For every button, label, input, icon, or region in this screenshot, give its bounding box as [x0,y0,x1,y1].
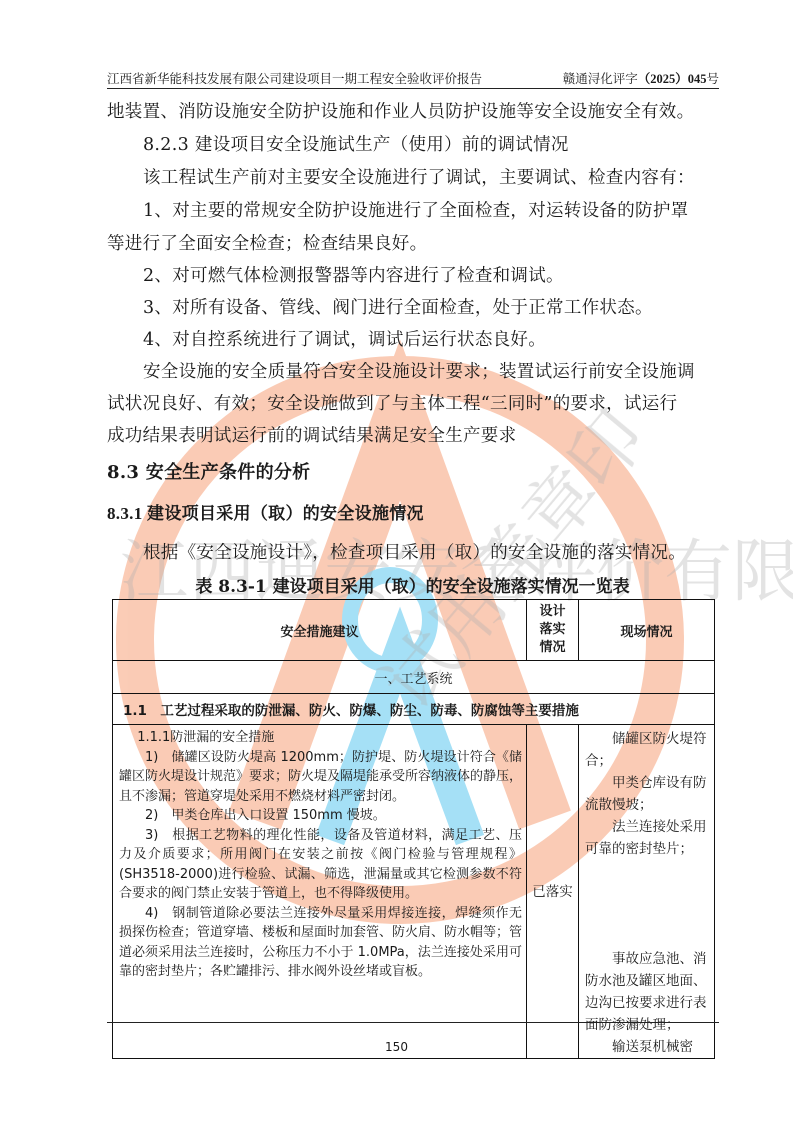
body-line: 根据《安全设施设计》，检查项目采用（取）的安全设施的落实情况。 [143,541,719,565]
body-line: 该工程试生产前对主要安全设施进行了调试，主要调试、检查内容有： [143,166,719,190]
table-section-row: 一、工艺系统 [113,661,715,694]
list-item-3: 3、对所有设备、管线、阀门进行全面检查，处于正常工作状态。 [143,296,719,320]
design-status-cell: 已落实 [527,725,579,1059]
body-line: 地装置、消防设施安全防护设施和作业人员防护设施等安全设施安全有效。 [107,100,719,124]
section-heading-8-3: 8.3 安全生产条件的分析 [107,461,719,485]
header-report-number: 赣通浔化评字（2025）045号 [563,70,719,88]
list-item-4: 4、对自控系统进行了调试，调试后运行状态良好。 [143,328,719,352]
list-item-2: 2、对可燃气体检测报警器等内容进行了检查和调试。 [143,264,719,288]
header-report-title: 江西省新华能科技发展有限公司建设项目一期工程安全验收评价报告 [107,70,482,88]
document-page: 江西省新华能科技发展有限公司建设项目一期工程安全验收评价报告 赣通浔化评字（20… [0,0,793,1122]
site-status-cell: 储罐区防火堤符合； 甲类仓库设有防流散慢坡； 法兰连接处采用可靠的密封垫片； 事… [579,725,715,1059]
table-caption: 表 8.3-1 建设项目采用（取）的安全设施落实情况一览表 [112,576,713,598]
section-heading-8-3-1: 8.3.1 建设项目采用（取）的安全设施情况 [107,502,719,526]
column-header-measure: 安全措施建议 [113,600,527,661]
page-header: 江西省新华能科技发展有限公司建设项目一期工程安全验收评价报告 赣通浔化评字（20… [107,70,719,89]
list-item-1: 1、对主要的常规安全防护设施进行了全面检查，对运转设备的防护罩 [143,199,719,223]
measure-cell: 1.1.1防泄漏的安全措施 1) 储罐区设防火堤高 1200mm；防护堤、防火堤… [113,725,527,1059]
page-number: 150 [0,1040,793,1054]
table-header-row: 安全措施建议 设计 落实 情况 现场情况 [113,600,715,661]
summary-line: 成功结果表明试运行前的调试结果满足安全生产要求 [107,424,719,448]
table-subsection-row: 1.1 工艺过程采取的防泄漏、防火、防爆、防尘、防毒、防腐蚀等主要措施 [113,694,715,725]
column-header-site: 现场情况 [579,600,715,661]
section-heading-8-2-3: 8.2.3 建设项目安全设施试生产（使用）前的调试情况 [143,133,719,157]
list-item-1-cont: 等进行了全面安全检查；检查结果良好。 [107,232,719,256]
column-header-design-status: 设计 落实 情况 [527,600,579,661]
summary-line: 安全设施的安全质量符合安全设施设计要求；装置试运行前安全设施调 [143,360,719,384]
section-process-system: 一、工艺系统 [113,661,715,694]
footer-divider [107,1022,719,1023]
subsection-1-1: 1.1 工艺过程采取的防泄漏、防火、防爆、防尘、防毒、防腐蚀等主要措施 [113,694,715,725]
summary-line: 试状况良好、有效；安全设施做到了与主体工程“三同时”的要求，试运行 [107,392,719,416]
safety-facilities-table: 安全措施建议 设计 落实 情况 现场情况 一、工艺系统 1.1 工艺过程采取的防… [112,599,715,1059]
table-row: 1.1.1防泄漏的安全措施 1) 储罐区设防火堤高 1200mm；防护堤、防火堤… [113,725,715,1059]
